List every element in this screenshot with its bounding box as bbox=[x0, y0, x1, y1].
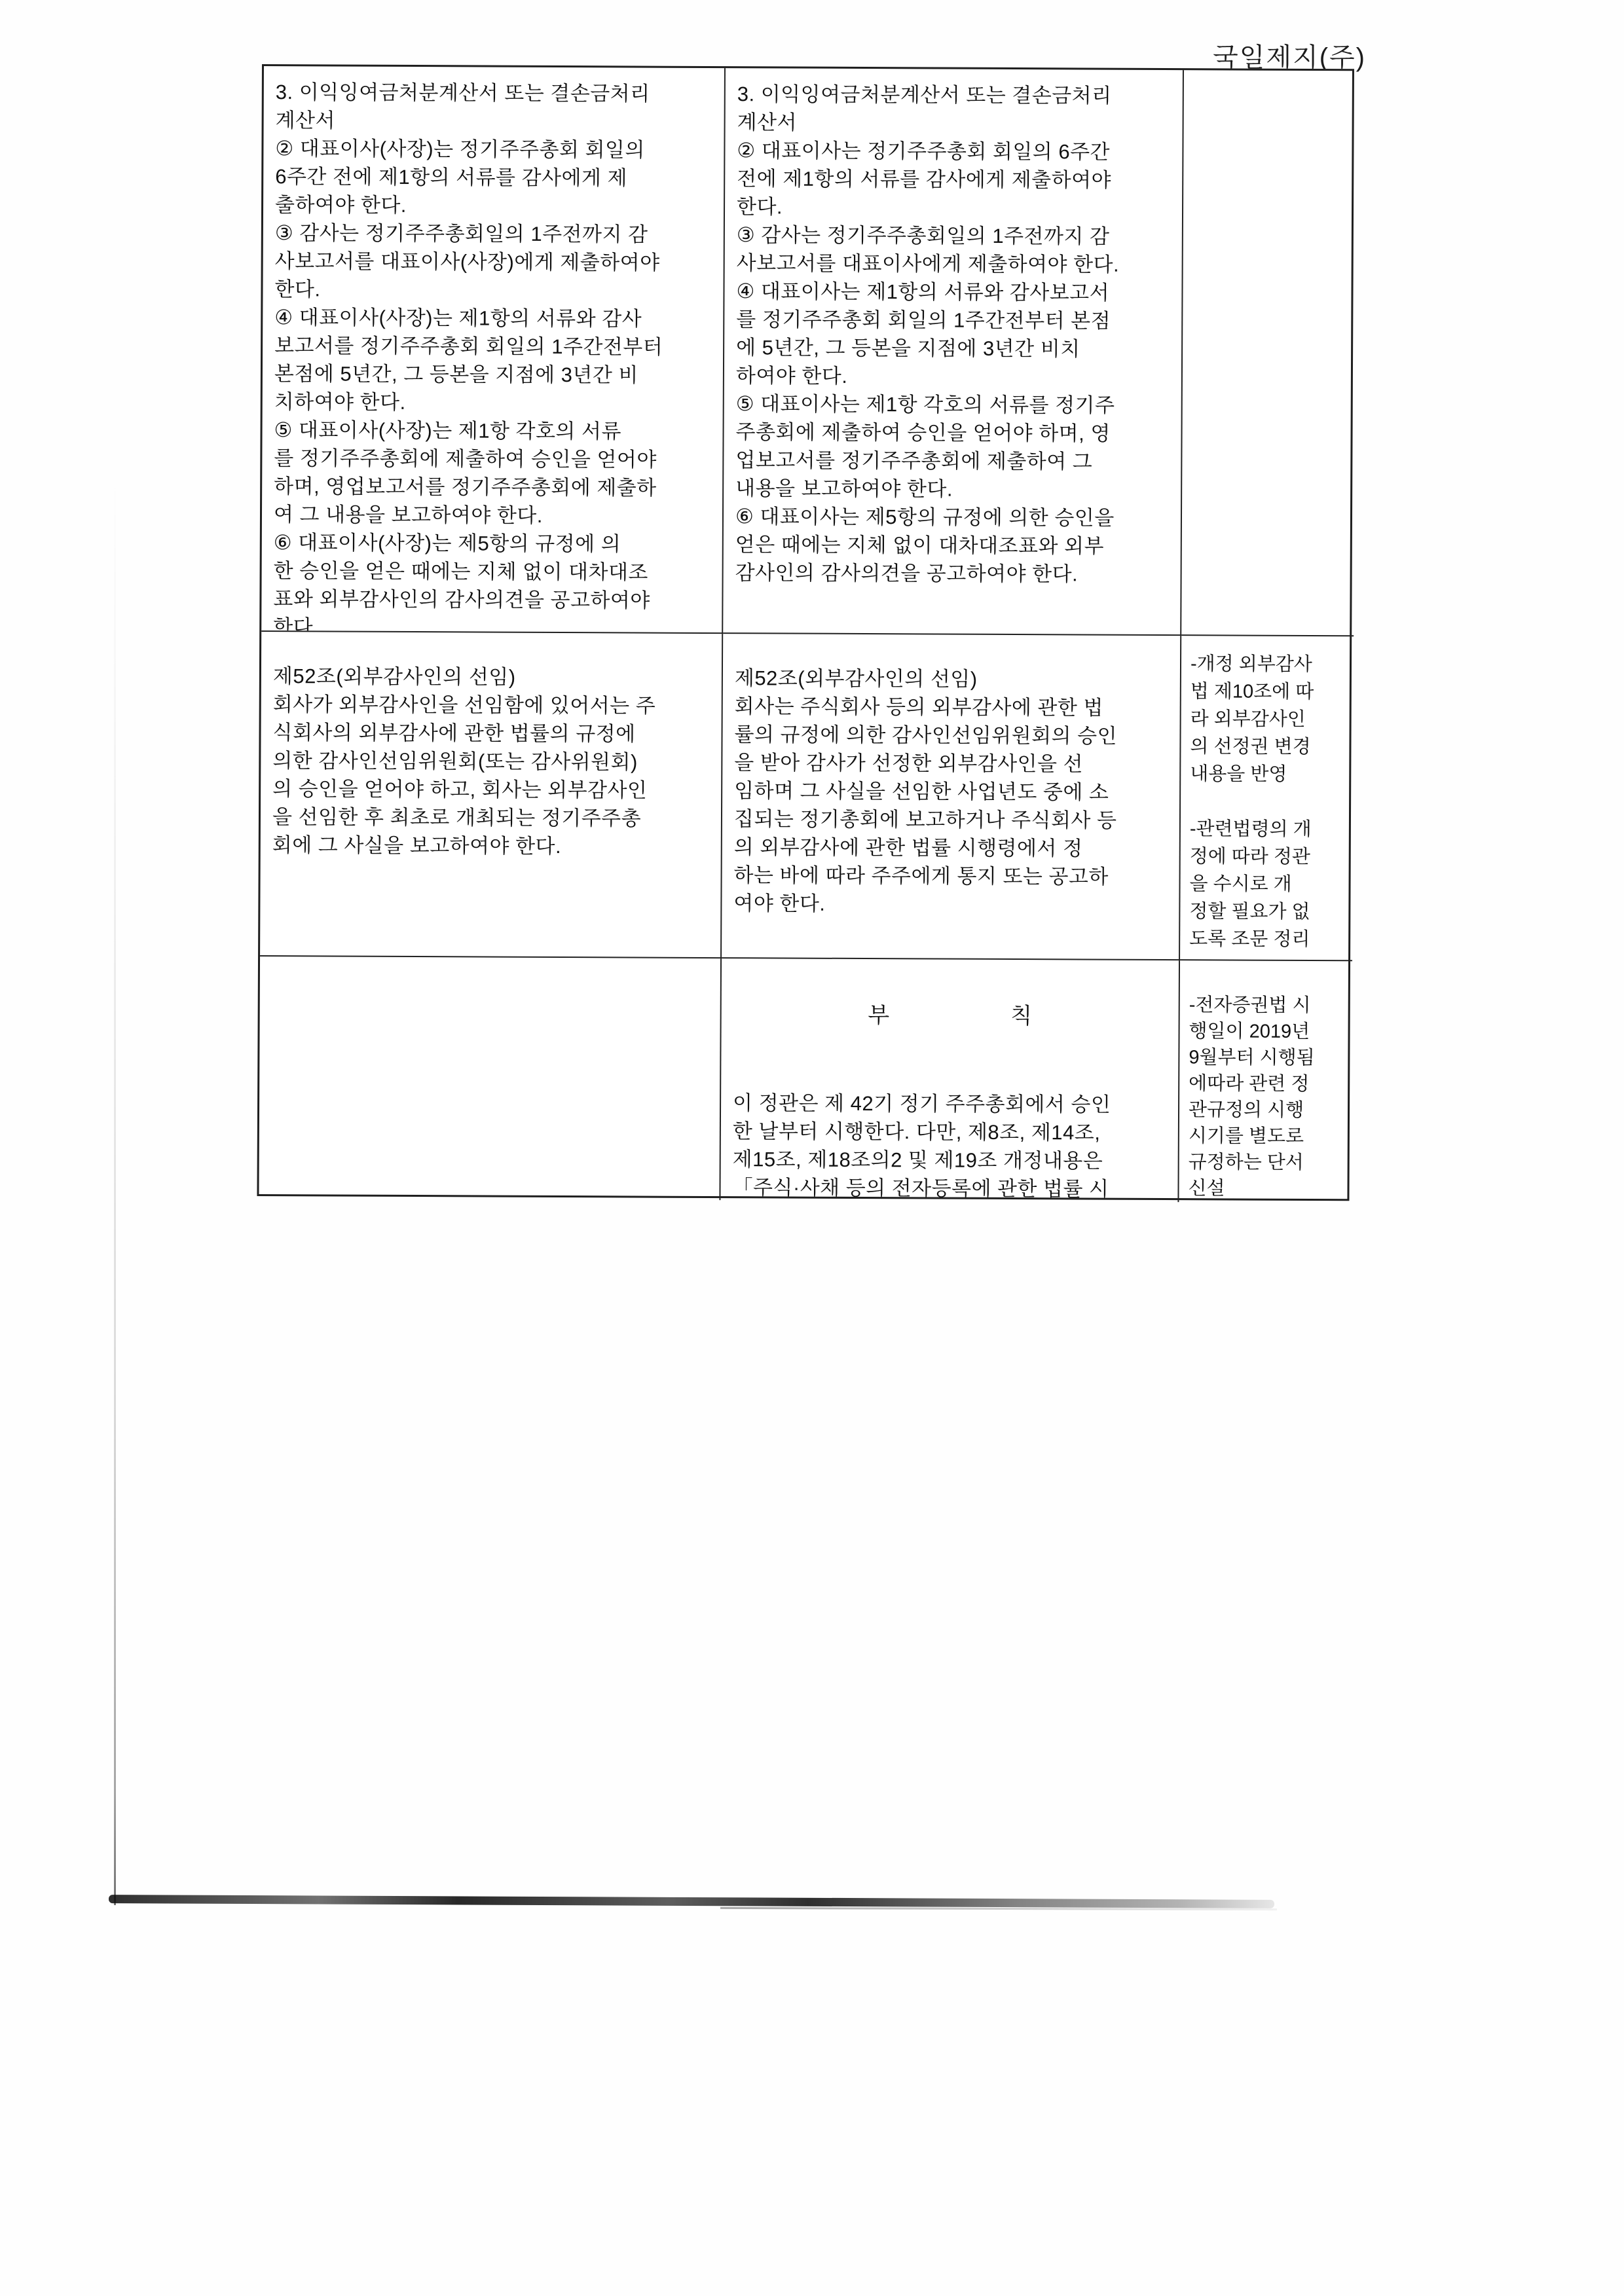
addendum-cell: 부 칙 이 정관은 제 42기 정기 주주총회에서 승인 한 날부터 시행한다.… bbox=[720, 958, 1180, 1202]
new-clause-cell-row1: 3. 이익잉여금처분계산서 또는 결손금처리 계산서 ② 대표이사는 정기주주총… bbox=[723, 68, 1184, 636]
old-clause-cell-row2: 제52조(외부감사인의 선임) 회사가 외부감사인을 선임함에 있어서는 주 식… bbox=[260, 632, 723, 958]
new-clause-cell-row2: 제52조(외부감사인의 선임) 회사는 주식회사 등의 외부감사에 관한 법 률… bbox=[722, 634, 1181, 960]
amendment-comparison-table: 3. 이익잉여금처분계산서 또는 결손금처리 계산서 ② 대표이사(사장)는 정… bbox=[257, 64, 1354, 1201]
remark-cell-row1 bbox=[1181, 70, 1356, 636]
addendum-heading: 부 칙 bbox=[733, 1001, 1168, 1031]
scanned-document-page: 국일제지(주) 3. 이익잉여금처분계산서 또는 결손금처리 계산서 ② 대표이… bbox=[0, 0, 1624, 2296]
old-clause-cell-row1: 3. 이익잉여금처분계산서 또는 결손금처리 계산서 ② 대표이사(사장)는 정… bbox=[261, 66, 726, 634]
scan-artifact-bottom-smear bbox=[109, 1895, 1274, 1908]
remark-cell-row2: -개정 외부감사 법 제10조에 따 라 외부감사인 의 선정권 변경 내용을 … bbox=[1180, 636, 1354, 961]
addendum-body-text: 이 정관은 제 42기 정기 주주총회에서 승인 한 날부터 시행한다. 다만,… bbox=[732, 1089, 1168, 1202]
remark-cell-row3: -전자증권법 시 행일이 2019년 9월부터 시행됨 에따라 관련 정 관규정… bbox=[1179, 960, 1352, 1203]
scan-artifact-vertical-line bbox=[114, 471, 116, 1905]
old-clause-cell-row3 bbox=[259, 957, 722, 1200]
